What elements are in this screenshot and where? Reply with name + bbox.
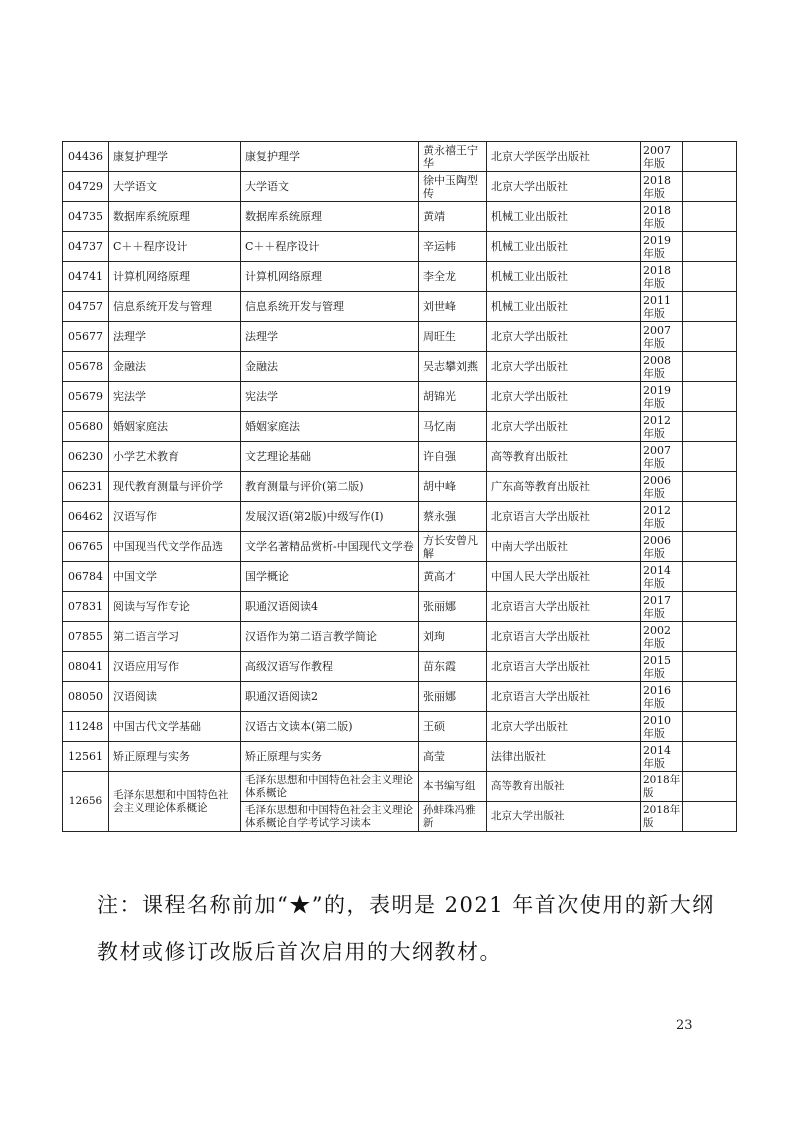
textbook-edition: 2017年版 xyxy=(641,592,683,622)
textbook-publisher: 北京大学出版社 xyxy=(487,802,641,832)
remark-cell xyxy=(683,172,737,202)
textbook-edition: 2018年版 xyxy=(641,262,683,292)
textbook-table: 04436康复护理学康复护理学黄永禧王宁华北京大学医学出版社2007年版0472… xyxy=(62,141,737,832)
table-row: 05678金融法金融法吴志攀刘燕北京大学出版社2008年版 xyxy=(63,352,737,382)
textbook-publisher: 北京大学出版社 xyxy=(487,352,641,382)
textbook-author: 许自强 xyxy=(419,442,487,472)
textbook-publisher: 北京大学出版社 xyxy=(487,412,641,442)
course-name: 大学语文 xyxy=(109,172,241,202)
textbook-title: 文学名著精品赏析-中国现代文学卷 xyxy=(241,532,419,562)
course-name: 矫正原理与实务 xyxy=(109,742,241,772)
textbook-publisher: 北京语言大学出版社 xyxy=(487,502,641,532)
course-code: 11248 xyxy=(63,712,109,742)
textbook-edition: 2008年版 xyxy=(641,352,683,382)
course-name: 汉语应用写作 xyxy=(109,652,241,682)
remark-cell xyxy=(683,772,737,802)
textbook-author: 胡中峰 xyxy=(419,472,487,502)
textbook-edition: 2018年版 xyxy=(641,772,683,802)
table-row: 07855第二语言学习汉语作为第二语言教学简论刘珣北京语言大学出版社2002年版 xyxy=(63,622,737,652)
textbook-title: 康复护理学 xyxy=(241,142,419,172)
remark-cell xyxy=(683,322,737,352)
textbook-author: 黄永禧王宁华 xyxy=(419,142,487,172)
course-code: 04737 xyxy=(63,232,109,262)
textbook-title: 汉语古文读本(第二版) xyxy=(241,712,419,742)
remark-cell xyxy=(683,652,737,682)
textbook-edition: 2007年版 xyxy=(641,442,683,472)
textbook-edition: 2014年版 xyxy=(641,562,683,592)
course-code: 06230 xyxy=(63,442,109,472)
textbook-author: 张丽娜 xyxy=(419,682,487,712)
textbook-author: 刘世峰 xyxy=(419,292,487,322)
remark-cell xyxy=(683,142,737,172)
course-code: 07855 xyxy=(63,622,109,652)
course-name: 法理学 xyxy=(109,322,241,352)
textbook-edition: 2019年版 xyxy=(641,232,683,262)
textbook-title: 发展汉语(第2版)中级写作(Ⅰ) xyxy=(241,502,419,532)
textbook-edition: 2006年版 xyxy=(641,472,683,502)
course-name: 小学艺术教育 xyxy=(109,442,241,472)
textbook-author: 高莹 xyxy=(419,742,487,772)
course-code: 05677 xyxy=(63,322,109,352)
textbook-publisher: 北京语言大学出版社 xyxy=(487,622,641,652)
textbook-title: C＋＋程序设计 xyxy=(241,232,419,262)
course-name: 金融法 xyxy=(109,352,241,382)
course-name: 汉语写作 xyxy=(109,502,241,532)
remark-cell xyxy=(683,562,737,592)
textbook-author: 黄高才 xyxy=(419,562,487,592)
textbook-edition: 2018年版 xyxy=(641,202,683,232)
textbook-edition: 2007年版 xyxy=(641,142,683,172)
table-row: 08041汉语应用写作高级汉语写作教程苗东霞北京语言大学出版社2015年版 xyxy=(63,652,737,682)
textbook-title: 婚姻家庭法 xyxy=(241,412,419,442)
course-code: 04729 xyxy=(63,172,109,202)
textbook-title: 信息系统开发与管理 xyxy=(241,292,419,322)
remark-cell xyxy=(683,352,737,382)
course-code: 04735 xyxy=(63,202,109,232)
textbook-author: 王硕 xyxy=(419,712,487,742)
course-name: 宪法学 xyxy=(109,382,241,412)
remark-cell xyxy=(683,202,737,232)
table-row: 05679宪法学宪法学胡锦光北京大学出版社2019年版 xyxy=(63,382,737,412)
textbook-edition: 2015年版 xyxy=(641,652,683,682)
textbook-publisher: 机械工业出版社 xyxy=(487,292,641,322)
table-row: 05677法理学法理学周旺生北京大学出版社2007年版 xyxy=(63,322,737,352)
textbook-author: 辛运帏 xyxy=(419,232,487,262)
footnote-line-2: 教材或修订改版后首次启用的大纲教材。 xyxy=(97,929,717,976)
remark-cell xyxy=(683,412,737,442)
remark-cell xyxy=(683,682,737,712)
course-code: 06231 xyxy=(63,472,109,502)
textbook-publisher: 北京大学出版社 xyxy=(487,382,641,412)
remark-cell xyxy=(683,532,737,562)
course-code: 06765 xyxy=(63,532,109,562)
course-name: 现代教育测量与评价学 xyxy=(109,472,241,502)
footnote: 注：课程名称前加“★”的，表明是 2021 年首次使用的新大纲 教材或修订改版后… xyxy=(97,882,717,976)
textbook-edition: 2002年版 xyxy=(641,622,683,652)
textbook-title: 宪法学 xyxy=(241,382,419,412)
course-name: 康复护理学 xyxy=(109,142,241,172)
table-body: 04436康复护理学康复护理学黄永禧王宁华北京大学医学出版社2007年版0472… xyxy=(63,142,737,832)
page-number: 23 xyxy=(676,1018,693,1033)
remark-cell xyxy=(683,382,737,412)
textbook-publisher: 法律出版社 xyxy=(487,742,641,772)
remark-cell xyxy=(683,622,737,652)
remark-cell xyxy=(683,802,737,832)
textbook-title: 国学概论 xyxy=(241,562,419,592)
textbook-publisher: 高等教育出版社 xyxy=(487,772,641,802)
document-page: 04436康复护理学康复护理学黄永禧王宁华北京大学医学出版社2007年版0472… xyxy=(0,0,793,1122)
remark-cell xyxy=(683,502,737,532)
textbook-publisher: 中南大学出版社 xyxy=(487,532,641,562)
textbook-title: 矫正原理与实务 xyxy=(241,742,419,772)
textbook-author: 刘珣 xyxy=(419,622,487,652)
course-code: 12656 xyxy=(63,772,109,832)
textbook-publisher: 广东高等教育出版社 xyxy=(487,472,641,502)
textbook-author: 吴志攀刘燕 xyxy=(419,352,487,382)
textbook-edition: 2018年版 xyxy=(641,172,683,202)
textbook-title: 毛泽东思想和中国特色社会主义理论体系概论自学考试学习读本 xyxy=(241,802,419,832)
table-row: 12561矫正原理与实务矫正原理与实务高莹法律出版社2014年版 xyxy=(63,742,737,772)
course-name: 阅读与写作专论 xyxy=(109,592,241,622)
remark-cell xyxy=(683,292,737,322)
textbook-title: 汉语作为第二语言教学简论 xyxy=(241,622,419,652)
course-code: 12561 xyxy=(63,742,109,772)
textbook-publisher: 北京大学医学出版社 xyxy=(487,142,641,172)
course-name: 毛泽东思想和中国特色社会主义理论体系概论 xyxy=(109,772,241,832)
textbook-author: 周旺生 xyxy=(419,322,487,352)
textbook-author: 本书编写组 xyxy=(419,772,487,802)
textbook-title: 教育测量与评价(第二版) xyxy=(241,472,419,502)
course-code: 06784 xyxy=(63,562,109,592)
table-row: 04735数据库系统原理数据库系统原理黄靖机械工业出版社2018年版 xyxy=(63,202,737,232)
course-name: 中国古代文学基础 xyxy=(109,712,241,742)
textbook-author: 黄靖 xyxy=(419,202,487,232)
course-name: 汉语阅读 xyxy=(109,682,241,712)
textbook-publisher: 机械工业出版社 xyxy=(487,232,641,262)
table-row: 04729大学语文大学语文徐中玉陶型传北京大学出版社2018年版 xyxy=(63,172,737,202)
textbook-edition: 2019年版 xyxy=(641,382,683,412)
table-row: 07831阅读与写作专论职通汉语阅读4张丽娜北京语言大学出版社2017年版 xyxy=(63,592,737,622)
remark-cell xyxy=(683,472,737,502)
course-code: 05680 xyxy=(63,412,109,442)
course-code: 06462 xyxy=(63,502,109,532)
table-row: 04757信息系统开发与管理信息系统开发与管理刘世峰机械工业出版社2011年版 xyxy=(63,292,737,322)
course-code: 07831 xyxy=(63,592,109,622)
textbook-edition: 2012年版 xyxy=(641,502,683,532)
course-name: 中国现当代文学作品选 xyxy=(109,532,241,562)
table-row: 06230小学艺术教育文艺理论基础许自强高等教育出版社2007年版 xyxy=(63,442,737,472)
textbook-edition: 2011年版 xyxy=(641,292,683,322)
course-code: 08050 xyxy=(63,682,109,712)
remark-cell xyxy=(683,442,737,472)
textbook-title: 职通汉语阅读2 xyxy=(241,682,419,712)
table-row: 04737C＋＋程序设计C＋＋程序设计辛运帏机械工业出版社2019年版 xyxy=(63,232,737,262)
textbook-publisher: 机械工业出版社 xyxy=(487,202,641,232)
textbook-author: 马忆南 xyxy=(419,412,487,442)
textbook-title: 金融法 xyxy=(241,352,419,382)
table-row: 05680婚姻家庭法婚姻家庭法马忆南北京大学出版社2012年版 xyxy=(63,412,737,442)
textbook-publisher: 北京语言大学出版社 xyxy=(487,592,641,622)
textbook-publisher: 中国人民大学出版社 xyxy=(487,562,641,592)
textbook-edition: 2016年版 xyxy=(641,682,683,712)
table-row: 04741计算机网络原理计算机网络原理李全龙机械工业出版社2018年版 xyxy=(63,262,737,292)
table-row: 04436康复护理学康复护理学黄永禧王宁华北京大学医学出版社2007年版 xyxy=(63,142,737,172)
remark-cell xyxy=(683,232,737,262)
textbook-publisher: 北京语言大学出版社 xyxy=(487,682,641,712)
table-row: 11248中国古代文学基础汉语古文读本(第二版)王硕北京大学出版社2010年版 xyxy=(63,712,737,742)
remark-cell xyxy=(683,262,737,292)
table-row: 06784中国文学国学概论黄高才中国人民大学出版社2014年版 xyxy=(63,562,737,592)
textbook-publisher: 机械工业出版社 xyxy=(487,262,641,292)
textbook-title: 文艺理论基础 xyxy=(241,442,419,472)
textbook-edition: 2010年版 xyxy=(641,712,683,742)
textbook-edition: 2007年版 xyxy=(641,322,683,352)
textbook-edition: 2006年版 xyxy=(641,532,683,562)
textbook-edition: 2014年版 xyxy=(641,742,683,772)
textbook-title: 法理学 xyxy=(241,322,419,352)
textbook-title: 大学语文 xyxy=(241,172,419,202)
textbook-author: 李全龙 xyxy=(419,262,487,292)
course-name: 信息系统开发与管理 xyxy=(109,292,241,322)
table-row: 06462汉语写作发展汉语(第2版)中级写作(Ⅰ)蔡永强北京语言大学出版社201… xyxy=(63,502,737,532)
textbook-publisher: 高等教育出版社 xyxy=(487,442,641,472)
table-row: 08050汉语阅读职通汉语阅读2张丽娜北京语言大学出版社2016年版 xyxy=(63,682,737,712)
textbook-publisher: 北京大学出版社 xyxy=(487,172,641,202)
textbook-title: 职通汉语阅读4 xyxy=(241,592,419,622)
textbook-title: 计算机网络原理 xyxy=(241,262,419,292)
table-row: 06765中国现当代文学作品选文学名著精品赏析-中国现代文学卷方长安曾凡解中南大… xyxy=(63,532,737,562)
textbook-title: 毛泽东思想和中国特色社会主义理论体系概论 xyxy=(241,772,419,802)
course-name: C＋＋程序设计 xyxy=(109,232,241,262)
textbook-publisher: 北京大学出版社 xyxy=(487,322,641,352)
textbook-edition: 2012年版 xyxy=(641,412,683,442)
course-code: 05678 xyxy=(63,352,109,382)
course-code: 04757 xyxy=(63,292,109,322)
footnote-line-1: 注：课程名称前加“★”的，表明是 2021 年首次使用的新大纲 xyxy=(97,882,717,929)
textbook-title: 数据库系统原理 xyxy=(241,202,419,232)
course-name: 中国文学 xyxy=(109,562,241,592)
remark-cell xyxy=(683,712,737,742)
textbook-author: 徐中玉陶型传 xyxy=(419,172,487,202)
textbook-author: 苗东霞 xyxy=(419,652,487,682)
remark-cell xyxy=(683,592,737,622)
course-code: 04436 xyxy=(63,142,109,172)
textbook-author: 蔡永强 xyxy=(419,502,487,532)
textbook-title: 高级汉语写作教程 xyxy=(241,652,419,682)
remark-cell xyxy=(683,742,737,772)
course-name: 婚姻家庭法 xyxy=(109,412,241,442)
course-code: 04741 xyxy=(63,262,109,292)
course-code: 08041 xyxy=(63,652,109,682)
textbook-author: 胡锦光 xyxy=(419,382,487,412)
textbook-author: 孙蚌珠冯雅新 xyxy=(419,802,487,832)
course-code: 05679 xyxy=(63,382,109,412)
textbook-author: 方长安曾凡解 xyxy=(419,532,487,562)
textbook-publisher: 北京语言大学出版社 xyxy=(487,652,641,682)
table-row: 06231现代教育测量与评价学教育测量与评价(第二版)胡中峰广东高等教育出版社2… xyxy=(63,472,737,502)
course-name: 数据库系统原理 xyxy=(109,202,241,232)
course-name: 第二语言学习 xyxy=(109,622,241,652)
textbook-author: 张丽娜 xyxy=(419,592,487,622)
textbook-edition: 2018年版 xyxy=(641,802,683,832)
textbook-publisher: 北京大学出版社 xyxy=(487,712,641,742)
course-name: 计算机网络原理 xyxy=(109,262,241,292)
table-row: 12656毛泽东思想和中国特色社会主义理论体系概论毛泽东思想和中国特色社会主义理… xyxy=(63,772,737,802)
